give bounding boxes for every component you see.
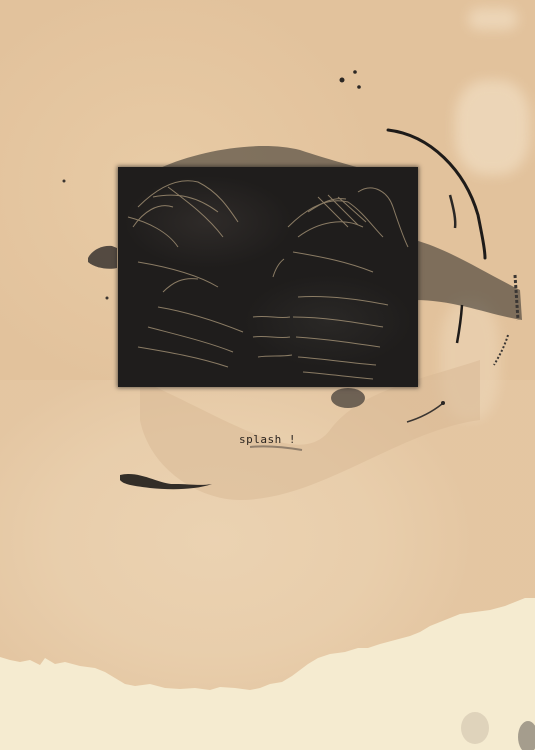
scratch-marks [118, 167, 418, 387]
ink-blob-under [331, 388, 365, 408]
ink-smear [415, 240, 522, 320]
ink-dot [106, 297, 109, 300]
ink-dot [357, 85, 361, 89]
ink-arc-lower [457, 305, 462, 343]
ink-blob-left [88, 246, 117, 269]
fingerprint-smudge [461, 712, 489, 744]
ink-arc-small [450, 195, 455, 228]
ink-dot [63, 180, 66, 183]
ink-smear-top [160, 146, 360, 168]
ink-dot [340, 78, 345, 83]
monoprint-block [118, 167, 418, 387]
ink-dot [441, 401, 445, 405]
caption-text: splash ! [239, 433, 296, 446]
clean-paper-area [0, 598, 535, 750]
artwork-canvas: splash ! [0, 0, 535, 750]
ink-dot [353, 70, 357, 74]
ink-dashes-right-lower [494, 335, 508, 365]
